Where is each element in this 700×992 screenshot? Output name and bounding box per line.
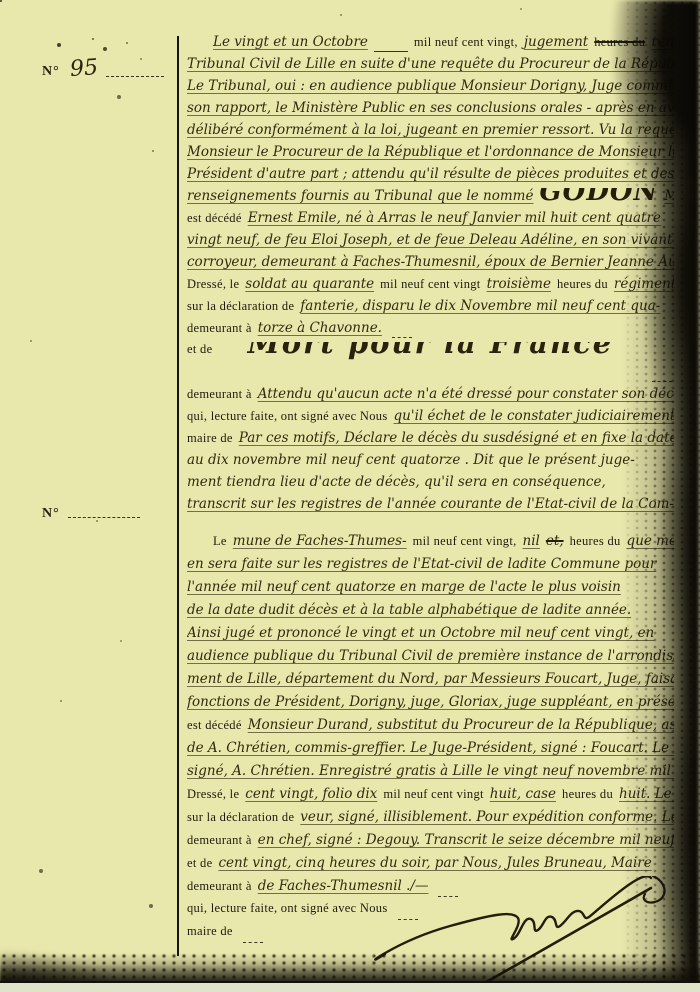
text-line: Président d'autre part ; attendu qu'il r… [187, 166, 674, 188]
printed-form-text: est décédé [187, 718, 242, 733]
text-line: et decent vingt, cinq heures du soir, pa… [187, 855, 674, 878]
text-line: est décédéErnest Emile, né à Arras le ne… [187, 210, 674, 232]
text-line: Dressé, lesoldat au quarantemil neuf cen… [187, 276, 674, 298]
text-line: en sera faite sur les registres de l'Eta… [187, 556, 674, 579]
handwritten-text: Ainsi jugé et prononcé le vingt et un Oc… [187, 625, 654, 641]
handwritten-text: en chef, signé : Degouy. Transcrit le se… [258, 832, 674, 848]
act-number-label: N° [42, 506, 60, 522]
handwritten-text: cent vingt, cinq heures du soir, par Nou… [218, 855, 651, 871]
handwritten-text: rendu par le [651, 34, 674, 50]
handwritten-text: que mention [627, 533, 674, 549]
text-line: corroyeur, demeurant à Faches-Thumesnil,… [187, 254, 674, 276]
handwritten-text: soldat au quarante [245, 276, 374, 292]
text-line: sur la déclaration defanterie, disparu l… [187, 298, 674, 320]
mayor-signature [355, 876, 685, 986]
text-line: signé, A. Chrétien. Enregistré gratis à … [187, 763, 674, 786]
text-line: renseignements fournis au Tribunal que l… [187, 188, 674, 210]
handwritten-text: corroyeur, demeurant à Faches-Thumesnil,… [187, 254, 674, 270]
text-line: Le Tribunal, oui : en audience publique … [187, 78, 674, 100]
text-line: délibéré conformément à la loi, jugeant … [187, 122, 674, 144]
handwritten-text: jugement [524, 34, 588, 50]
document-body: Le vingt et un Octobremil neuf cent ving… [187, 34, 674, 947]
handwritten-text: son rapport, le Ministère Public en ses … [187, 100, 674, 116]
printed-form-text: demeurant à [187, 833, 252, 848]
handwritten-text: renseignements fournis au Tribunal que l… [187, 188, 533, 204]
judgment-text-part-1: Le vingt et un Octobremil neuf cent ving… [187, 34, 674, 518]
act-number-value: 95 [69, 55, 99, 82]
printed-form-text: mil neuf cent vingt [380, 277, 480, 292]
act-number-label: N° [42, 64, 60, 80]
handwritten-text: nil [523, 533, 540, 549]
handwritten-text: huit, case [490, 786, 556, 802]
printed-form-text: demeurant à [187, 321, 252, 336]
handwritten-text: au dix novembre mil neuf cent quatorze .… [187, 452, 635, 468]
text-line: Tribunal Civil de Lille en suite d'une r… [187, 56, 674, 78]
text-line: l'année mil neuf cent quatorze en marge … [187, 579, 674, 602]
handwritten-text: torze à Chavonne. [258, 320, 382, 336]
handwritten-text: l'année mil neuf cent quatorze en marge … [187, 579, 621, 595]
text-line: et de" Mort pour la France " [187, 342, 674, 386]
printed-form-text: demeurant à [187, 879, 252, 894]
handwritten-text: Ernest Emile, né à Arras le neuf Janvier… [248, 210, 661, 226]
blank-fill-line [652, 381, 672, 382]
printed-form-text: heures du [557, 277, 608, 292]
printed-form-text-struck: heures du [594, 35, 645, 50]
text-line: Lemune de Faches-Thumes-mil neuf cent vi… [187, 533, 674, 556]
text-line: ment tiendra lieu d'acte de décès, qu'il… [187, 474, 674, 496]
printed-form-text: Dressé, le [187, 787, 239, 802]
text-line: ment de Lille, département du Nord, par … [187, 671, 674, 694]
blank-fill-line [106, 76, 164, 77]
handwritten-text: cent vingt, folio dix [245, 786, 377, 802]
handwritten-text: Le vingt et un Octobre [213, 34, 368, 50]
printed-form-text: et de [187, 856, 212, 871]
text-line: Le vingt et un Octobremil neuf cent ving… [187, 34, 674, 56]
printed-form-text: sur la déclaration de [187, 810, 294, 825]
handwritten-text: Président d'autre part ; attendu qu'il r… [187, 166, 674, 182]
text-line: est décédéMonsieur Durand, substitut du … [187, 717, 674, 740]
blank-fill-line [243, 942, 263, 943]
handwritten-text: Monsieur le Procureur de la République e… [187, 144, 674, 160]
printed-form-text: qui, lecture faite, ont signé avec Nous [187, 409, 388, 424]
text-line: audience publique du Tribunal Civil de p… [187, 648, 674, 671]
text-line: qui, lecture faite, ont signé avec Nousq… [187, 408, 674, 430]
handwritten-text: Tribunal Civil de Lille en suite d'une r… [187, 56, 674, 72]
printed-form-text: est décédé [187, 211, 242, 226]
margin-rule [177, 36, 179, 956]
handwritten-text: Maurice [664, 188, 674, 204]
text-line: Monsieur le Procureur de la République e… [187, 144, 674, 166]
act-number-entry: N° [42, 506, 140, 522]
text-line: vingt neuf, de feu Eloi Joseph, et de fe… [187, 232, 674, 254]
text-line: transcrit sur les registres de l'année c… [187, 496, 674, 518]
text-line: Dressé, lecent vingt, folio dixmil neuf … [187, 786, 674, 809]
text-line: de A. Chrétien, commis-greffier. Le Juge… [187, 740, 674, 763]
act-number-margin: N° 95 N° [0, 0, 177, 992]
handwritten-text: Le Tribunal, oui : en audience publique … [187, 78, 674, 94]
handwritten-text: de A. Chrétien, commis-greffier. Le Juge… [187, 740, 674, 756]
printed-form-text: heures du [570, 534, 621, 549]
handwritten-text: mune de Faches-Thumes- [233, 533, 407, 549]
handwritten-text: fonctions de Président, Dorigny, juge, G… [187, 694, 674, 710]
printed-form-text: mil neuf cent vingt, [413, 534, 517, 549]
printed-form-text: maire de [187, 431, 233, 446]
printed-form-text: Le [213, 534, 227, 549]
handwritten-text: audience publique du Tribunal Civil de p… [187, 648, 674, 664]
handwritten-text-struck: et, [546, 533, 564, 549]
handwritten-text: Par ces motifs, Déclare le décès du susd… [239, 430, 674, 446]
printed-form-text: maire de [187, 924, 233, 939]
text-line: demeurant àtorze à Chavonne. [187, 320, 674, 342]
handwritten-text: Monsieur Durand, substitut du Procureur … [248, 717, 674, 733]
act-number-entry: N° 95 [42, 56, 164, 81]
handwritten-text: délibéré conformément à la loi, jugeant … [187, 122, 674, 138]
handwritten-text: ment de Lille, département du Nord, par … [187, 671, 674, 687]
handwritten-text: troisième [487, 276, 551, 292]
blank-fill-line [374, 51, 408, 52]
text-line: de la date dudit décès et à la table alp… [187, 602, 674, 625]
blank-fill-line [392, 337, 412, 338]
blank-fill-line [68, 517, 140, 518]
handwritten-text: transcrit sur les registres de l'année c… [187, 496, 674, 512]
text-line: maire dePar ces motifs, Déclare le décès… [187, 430, 674, 452]
handwritten-text: ment tiendra lieu d'acte de décès, qu'il… [187, 474, 606, 490]
printed-form-text: demeurant à [187, 387, 252, 402]
death-record-scan-page: N° 95 N° Le vingt et un Octobremil neuf … [0, 0, 700, 992]
printed-form-text: mil neuf cent vingt, [414, 35, 518, 50]
text-line: au dix novembre mil neuf cent quatorze .… [187, 452, 674, 474]
printed-form-text: sur la déclaration de [187, 299, 294, 314]
handwritten-text: signé, A. Chrétien. Enregistré gratis à … [187, 763, 674, 779]
text-line: son rapport, le Ministère Public en ses … [187, 100, 674, 122]
handwritten-text: fanterie, disparu le dix Novembre mil ne… [300, 298, 660, 314]
handwritten-text: régiment d'in [614, 276, 674, 292]
handwritten-text: huit. Le rece- [619, 786, 674, 802]
text-line: fonctions de Président, Dorigny, juge, G… [187, 694, 674, 717]
handwritten-text: qu'il échet de le constater judiciaireme… [394, 408, 674, 424]
handwritten-text: Attendu qu'aucun acte n'a été dressé pou… [258, 386, 674, 402]
handwritten-text: veur, signé, illisiblement. Pour expédit… [300, 809, 674, 825]
text-line: sur la déclaration deveur, signé, illisi… [187, 809, 674, 832]
handwritten-text: de la date dudit décès et à la table alp… [187, 602, 631, 618]
text-line: Ainsi jugé et prononcé le vingt et un Oc… [187, 625, 674, 648]
printed-form-text: Dressé, le [187, 277, 239, 292]
text-line: demeurant àAttendu qu'aucun acte n'a été… [187, 386, 674, 408]
printed-form-text: mil neuf cent vingt [383, 787, 483, 802]
text-line: demeurant àen chef, signé : Degouy. Tran… [187, 832, 674, 855]
handwritten-text: en sera faite sur les registres de l'Eta… [187, 556, 656, 572]
printed-form-text: heures du [562, 787, 613, 802]
printed-form-text: et de [187, 342, 212, 357]
handwritten-text: vingt neuf, de feu Eloi Joseph, et de fe… [187, 232, 672, 248]
